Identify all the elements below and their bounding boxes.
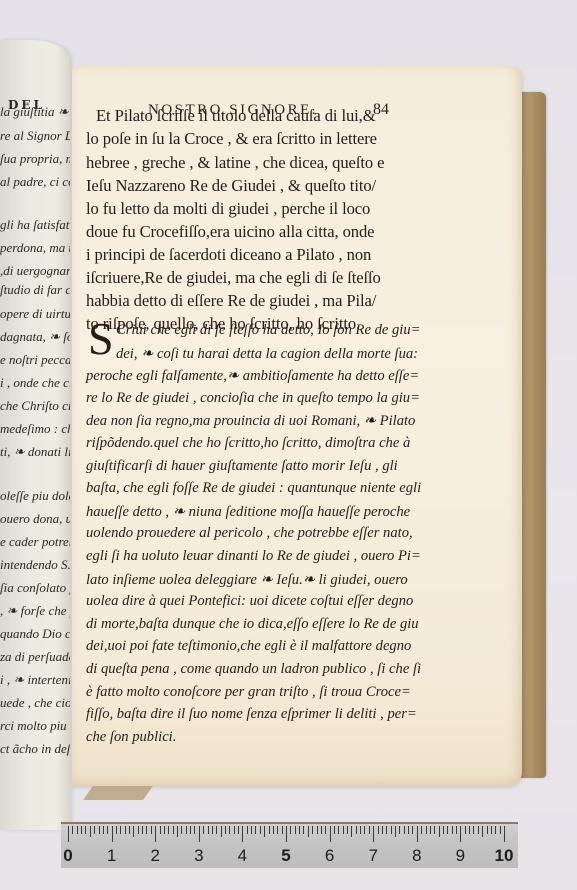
ruler-tick bbox=[90, 826, 91, 837]
left-page-line: che Chriſto ci ha bbox=[0, 398, 70, 414]
left-page-line: ,di uergognarci d bbox=[0, 263, 70, 279]
ruler-tick bbox=[330, 826, 331, 842]
ruler-label: 7 bbox=[368, 846, 377, 866]
ruler-tick bbox=[234, 826, 235, 834]
scripture-line: lo poſe in ſu la Croce , & era ſcritto i… bbox=[86, 129, 377, 149]
ruler-tick bbox=[282, 826, 283, 834]
commentary-line: baſta, che egli foſſe Re de giudei : qua… bbox=[86, 480, 421, 497]
ruler-tick bbox=[146, 826, 147, 834]
commentary-line: di morte,baſta dunque che io dica,eſſo e… bbox=[86, 616, 419, 633]
drop-cap: S bbox=[88, 316, 114, 362]
ruler-tick bbox=[212, 826, 213, 834]
ruler-tick bbox=[343, 826, 344, 834]
ruler-tick bbox=[312, 826, 313, 834]
ruler-tick bbox=[303, 826, 304, 834]
ruler-label: 10 bbox=[495, 846, 514, 866]
book-cover-edge bbox=[520, 92, 546, 778]
left-page-line: ſia conſolato pe bbox=[0, 580, 70, 596]
ruler-tick bbox=[242, 826, 243, 842]
ruler-tick bbox=[487, 826, 488, 834]
ruler-tick bbox=[412, 826, 413, 834]
left-page-line: ſtudio di far com bbox=[0, 282, 70, 298]
ruler-tick bbox=[478, 826, 479, 834]
ruler-tick bbox=[251, 826, 252, 834]
ruler-tick bbox=[469, 826, 470, 834]
ruler-tick bbox=[269, 826, 270, 834]
ruler-label: 9 bbox=[456, 846, 465, 866]
ruler-tick bbox=[81, 826, 82, 834]
scripture-line: habbia detto di eſſere Re de giudei , ma… bbox=[86, 291, 376, 311]
ruler-tick bbox=[247, 826, 248, 834]
ruler-tick bbox=[369, 826, 370, 834]
left-page-line: ct ãcho in deſpe bbox=[0, 741, 70, 757]
ruler-label: 0 bbox=[63, 846, 72, 866]
left-page-line: i , ❧ interteni bbox=[0, 672, 70, 688]
commentary-line: uolendo prouedere al pericolo , che potr… bbox=[86, 525, 413, 542]
ruler-tick bbox=[456, 826, 457, 834]
left-page-line: ſua propria, ma ad bbox=[0, 151, 70, 167]
ruler-tick bbox=[473, 826, 474, 834]
ruler-tick bbox=[421, 826, 422, 834]
ruler-tick bbox=[129, 826, 130, 834]
scripture-line: i principi de ſacerdoti diceano a Pilato… bbox=[86, 245, 371, 265]
ruler-tick bbox=[264, 826, 265, 837]
left-page-line: re al Signor Dio bbox=[0, 128, 70, 144]
ruler-tick bbox=[238, 826, 239, 834]
left-page-line: al padre, ci comma bbox=[0, 174, 70, 190]
ruler-tick bbox=[177, 826, 178, 837]
ruler-tick bbox=[155, 826, 156, 842]
ruler-tick bbox=[325, 826, 326, 834]
ruler-tick bbox=[164, 826, 165, 834]
ruler-tick bbox=[190, 826, 191, 834]
left-page: DEL la giuſtitia ❧ la chre al Signor Dio… bbox=[0, 40, 70, 830]
ruler-tick bbox=[77, 826, 78, 834]
left-page-line: uede , che cio bbox=[0, 695, 70, 711]
left-page-line: gli ha ſatisfatto per bbox=[0, 217, 70, 233]
scripture-line: hebree , greche , & latine , che dicea, … bbox=[86, 153, 384, 173]
left-page-line: rci molto piu bbox=[0, 718, 67, 734]
ruler-tick bbox=[125, 826, 126, 834]
ruler-tick bbox=[199, 826, 200, 842]
ruler-tick bbox=[290, 826, 291, 834]
ruler-tick bbox=[373, 826, 374, 842]
ruler-tick bbox=[103, 826, 104, 834]
ruler-tick bbox=[133, 826, 134, 837]
left-page-line: i , onde che cio ſo bbox=[0, 375, 70, 391]
commentary-line: giuſtificarſi di hauer giuſtamente ſatto… bbox=[86, 458, 398, 475]
ruler-tick bbox=[434, 826, 435, 834]
ruler-tick bbox=[151, 826, 152, 834]
ruler-tick bbox=[295, 826, 296, 834]
ruler-tick bbox=[68, 826, 69, 842]
ruler-tick bbox=[299, 826, 300, 834]
ruler-tick bbox=[465, 826, 466, 834]
ruler-tick bbox=[408, 826, 409, 834]
ruler-tick bbox=[99, 826, 100, 834]
scripture-line: lo fu letto da molti di giudei , perche … bbox=[86, 199, 370, 219]
ruler-tick bbox=[360, 826, 361, 834]
ruler-tick bbox=[443, 826, 444, 834]
left-page-line: opere di uirtu, ❧ bbox=[0, 306, 70, 322]
ruler-tick bbox=[221, 826, 222, 837]
ruler-tick bbox=[426, 826, 427, 834]
left-page-line: dagnata, ❧ ſono ſ bbox=[0, 329, 70, 345]
commentary-line: dei, ❧ coſi tu harai detta la cagion del… bbox=[116, 345, 418, 363]
ruler-tick bbox=[364, 826, 365, 834]
ruler-tick bbox=[181, 826, 182, 834]
scripture-line: Et Pilato ſcriſſe il titolo della cauſa … bbox=[96, 106, 376, 126]
ruler-tick bbox=[308, 826, 309, 837]
ruler-tick bbox=[439, 826, 440, 837]
left-page-line: medeſimo : che no bbox=[0, 421, 70, 437]
ruler-tick bbox=[225, 826, 226, 834]
left-page-line: e noſtri peccati, bbox=[0, 352, 70, 368]
commentary-line: uolea dire à quei Pontefici: uoi dicete … bbox=[86, 593, 413, 610]
ruler-tick bbox=[208, 826, 209, 834]
ruler-tick bbox=[168, 826, 169, 834]
ruler-tick bbox=[85, 826, 86, 834]
ruler-tick bbox=[338, 826, 339, 834]
ruler-tick bbox=[94, 826, 95, 834]
left-page-line: , ❧ forſe che p bbox=[0, 603, 70, 619]
ruler-tick bbox=[382, 826, 383, 834]
scripture-line: iſcriuere,Re de giudei, ma che egli di ſ… bbox=[86, 268, 381, 288]
ruler-tick bbox=[203, 826, 204, 834]
ruler-tick bbox=[378, 826, 379, 834]
left-page-line: perdona, ma tuſſe bbox=[0, 240, 70, 256]
bookmark-ribbon bbox=[83, 786, 153, 800]
ruler-label: 2 bbox=[150, 846, 159, 866]
left-page-line: e cader potrebbe bbox=[0, 534, 70, 550]
ruler-tick bbox=[194, 826, 195, 834]
commentary-line: haueſſe detto , ❧ niuna ſeditione moſſa … bbox=[86, 503, 410, 521]
left-page-line: ti, ❧ donati li tem bbox=[0, 444, 70, 460]
ruler-tick bbox=[116, 826, 117, 834]
ruler-tick bbox=[321, 826, 322, 834]
ruler-tick bbox=[142, 826, 143, 834]
ruler-tick bbox=[452, 826, 453, 834]
ruler-tick bbox=[495, 826, 496, 834]
ruler-tick bbox=[417, 826, 418, 842]
ruler-tick bbox=[395, 826, 396, 837]
ruler-tick bbox=[399, 826, 400, 834]
ruler-tick bbox=[504, 826, 505, 842]
ruler-tick bbox=[491, 826, 492, 834]
left-page-line: quando Dio ci bbox=[0, 626, 70, 642]
commentary-line: peroche egli falſamente,❧ ambitioſamente… bbox=[86, 367, 419, 385]
commentary-line: dei,uoi poi fate teſtimonio,che egli è i… bbox=[86, 638, 411, 655]
ruler-tick bbox=[273, 826, 274, 834]
ruler-tick bbox=[334, 826, 335, 834]
scripture-line: Ieſu Nazzareno Re de Giudei , & queſto t… bbox=[86, 176, 376, 196]
ruler-tick bbox=[229, 826, 230, 834]
ruler-tick bbox=[138, 826, 139, 834]
ruler-tick bbox=[260, 826, 261, 834]
ruler-tick bbox=[386, 826, 387, 834]
ruler-tick bbox=[107, 826, 108, 834]
ruler-label: 6 bbox=[325, 846, 334, 866]
ruler-tick bbox=[255, 826, 256, 834]
commentary-line: di queſta pena , come quando un ladron p… bbox=[86, 661, 421, 678]
left-page-line: intendendo S. Pa bbox=[0, 557, 70, 573]
commentary-line: Criui che egli di ſe ſteſſo ha detto, Io… bbox=[116, 322, 421, 339]
scale-ruler: 012345678910 bbox=[61, 822, 518, 868]
commentary-line: che ſon publici. bbox=[86, 729, 176, 746]
ruler-tick bbox=[500, 826, 501, 834]
ruler-tick bbox=[286, 826, 287, 842]
ruler-tick bbox=[112, 826, 113, 842]
ruler-tick bbox=[317, 826, 318, 834]
ruler-tick bbox=[216, 826, 217, 834]
ruler-label: 4 bbox=[238, 846, 247, 866]
ruler-tick bbox=[391, 826, 392, 834]
ruler-tick bbox=[173, 826, 174, 834]
commentary-line: egli ſi ha uoluto leuar dinanti lo Re de… bbox=[86, 548, 421, 565]
left-page-line: oleſſe piu dolere bbox=[0, 488, 70, 504]
ruler-tick bbox=[404, 826, 405, 834]
ruler-tick bbox=[351, 826, 352, 837]
commentary-line: è fatto molto conoſcore per gran triſto … bbox=[86, 684, 411, 701]
commentary-line: fiſſo, baſta dire il ſuo nome ſenza eſpr… bbox=[86, 706, 417, 723]
ruler-tick bbox=[460, 826, 461, 842]
ruler-tick bbox=[160, 826, 161, 834]
commentary-line: dea non ſia regno,ma prouincia di uoi Ro… bbox=[86, 412, 415, 430]
left-page-line: za di perſuader bbox=[0, 649, 70, 665]
ruler-tick bbox=[186, 826, 187, 834]
commentary-line: riſpõdendo.quel che ho ſcritto,ho ſcritt… bbox=[86, 435, 410, 452]
ruler-tick bbox=[482, 826, 483, 837]
ruler-tick bbox=[277, 826, 278, 834]
ruler-tick bbox=[430, 826, 431, 834]
ruler-tick bbox=[447, 826, 448, 834]
left-page-line: la giuſtitia ❧ la ch bbox=[0, 104, 70, 120]
left-page-line: ouero dona, uſcend bbox=[0, 511, 70, 527]
commentary-line: lato inſieme uolea deleggiare ❧ Ieſu.❧ l… bbox=[86, 571, 408, 589]
ruler-label: 8 bbox=[412, 846, 421, 866]
ruler-label: 3 bbox=[194, 846, 203, 866]
ruler-label: 1 bbox=[107, 846, 116, 866]
ruler-tick bbox=[120, 826, 121, 834]
ruler-label: 5 bbox=[281, 846, 290, 866]
ruler-tick bbox=[356, 826, 357, 834]
scripture-line: doue fu Crocefiſſo,era uicino alla citta… bbox=[86, 222, 374, 242]
ruler-tick bbox=[72, 826, 73, 834]
ruler-tick bbox=[347, 826, 348, 834]
commentary-line: re lo Re de giudei , concioſia che in qu… bbox=[86, 390, 420, 407]
